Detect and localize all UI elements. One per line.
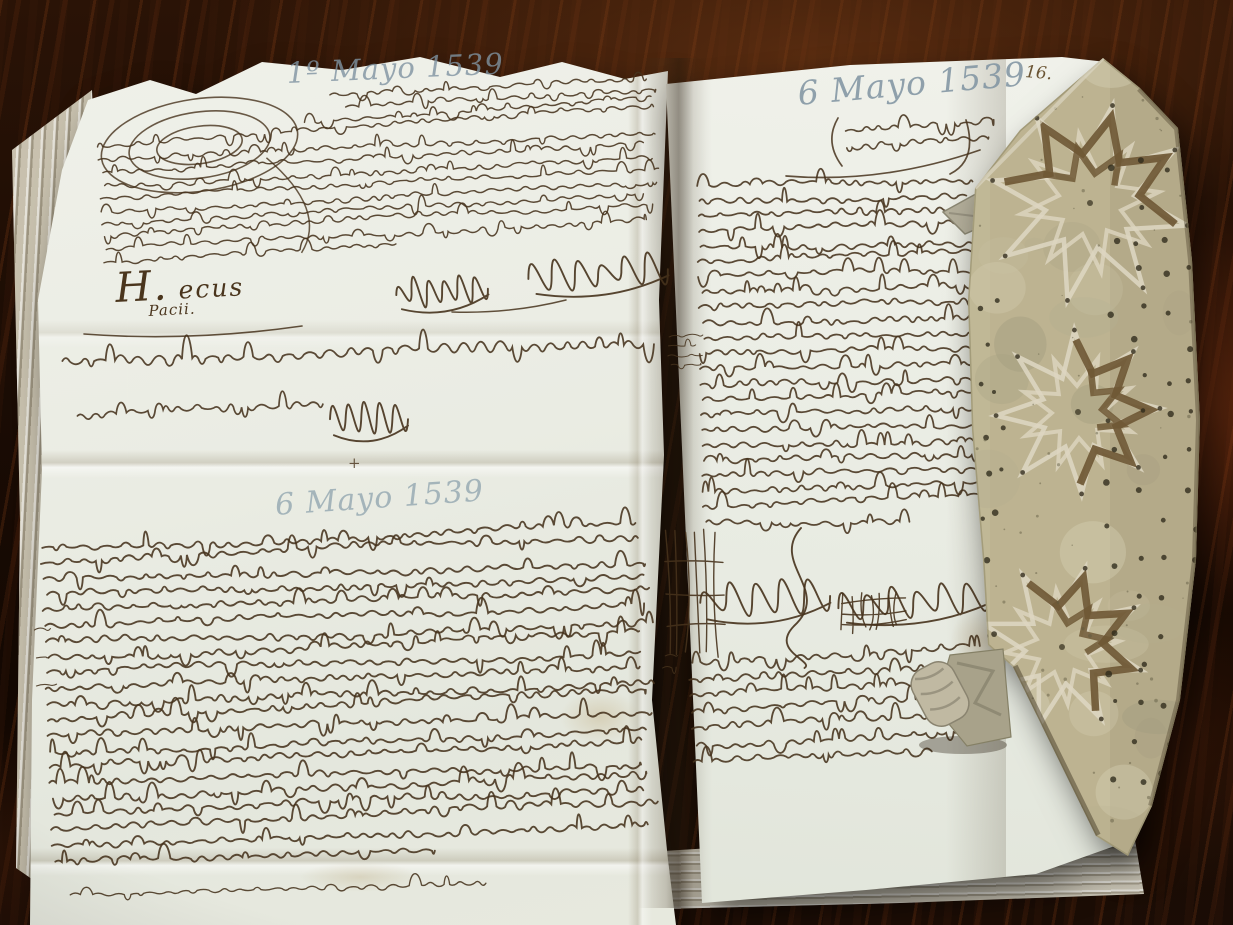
flap-shadow-wrap xyxy=(0,0,1233,925)
parchment-tie-roll xyxy=(905,645,1030,763)
manuscript-photo-scene: 1º Mayo 1539 6 Mayo 1539 6 Mayo 1539 16.… xyxy=(0,0,1233,925)
